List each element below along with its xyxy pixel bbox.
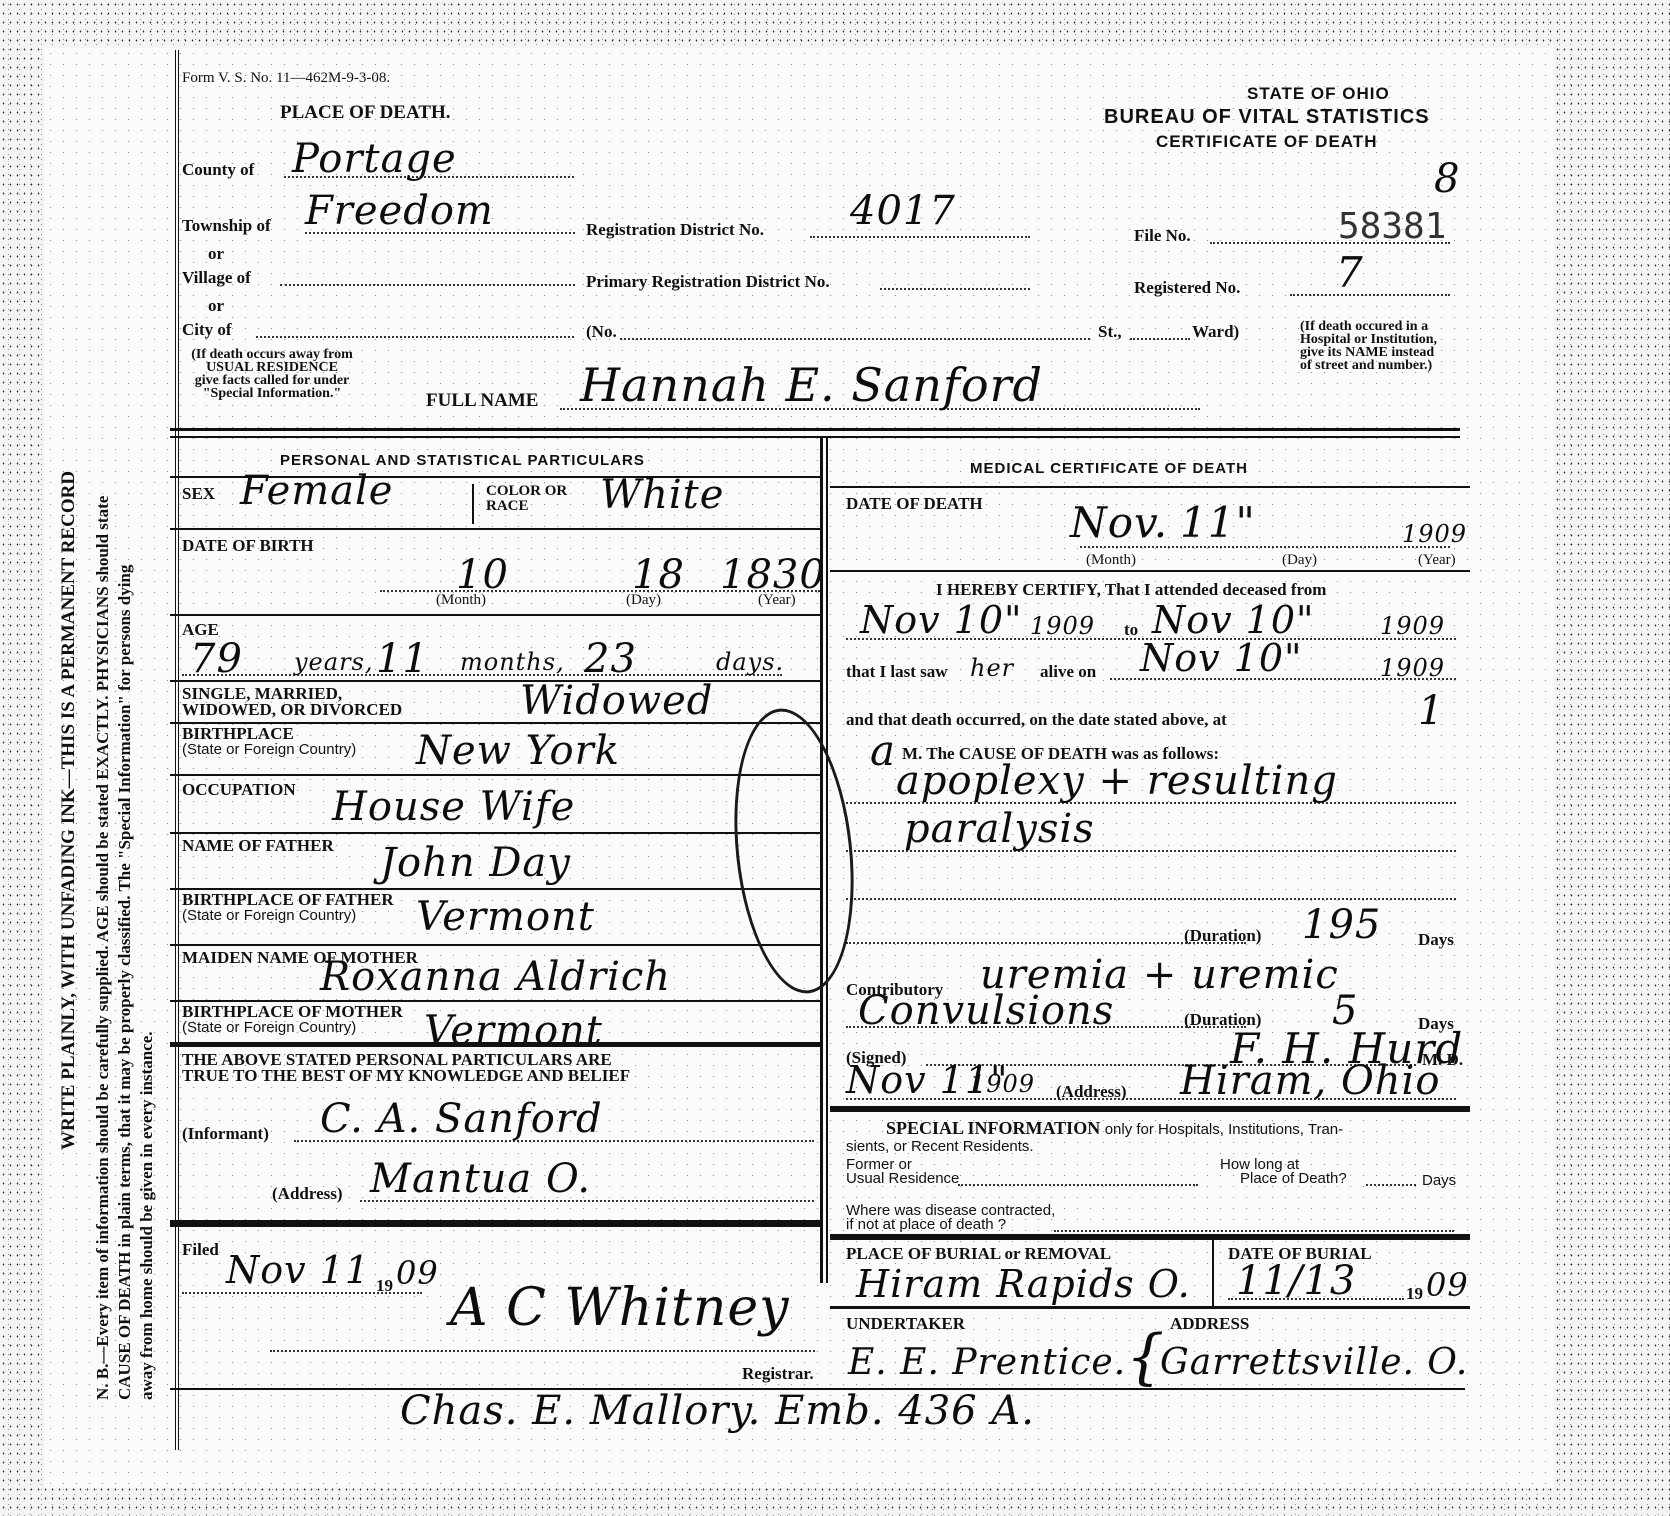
village-label: Village of: [182, 268, 251, 288]
filed-date[interactable]: Nov 11: [226, 1248, 370, 1292]
mother-birthplace-label: BIRTHPLACE OF MOTHER (State or Foreign C…: [182, 1004, 403, 1036]
cause-line2[interactable]: paralysis: [904, 806, 1095, 852]
registration-district-label: Registration District No.: [586, 220, 764, 240]
divider: [170, 774, 820, 776]
cause-duration-label: (Duration): [1184, 926, 1261, 946]
filed-label: Filed: [182, 1240, 219, 1260]
age-months[interactable]: 11: [376, 636, 429, 682]
divider: [472, 484, 474, 524]
medical-heading: MEDICAL CERTIFICATE OF DEATH: [970, 460, 1248, 477]
county-label: County of: [182, 160, 254, 180]
cause-line1[interactable]: apoplexy + resulting: [896, 758, 1338, 804]
physician-address-label: (Address): [1056, 1082, 1127, 1102]
contributory-line2[interactable]: Convulsions: [858, 988, 1114, 1034]
dod-month-caption: (Month): [1086, 552, 1136, 569]
how-long-days-label: Days: [1422, 1172, 1456, 1189]
burial-year[interactable]: 09: [1426, 1266, 1469, 1304]
signed-year[interactable]: 1909: [970, 1070, 1035, 1098]
city-field-line[interactable]: [256, 336, 574, 338]
former-residence-label: Former or Usual Residence: [846, 1158, 959, 1186]
death-certificate-form: Form V. S. No. 11—462M-9-3-08. PLACE OF …: [180, 58, 1550, 1448]
occupation-value[interactable]: House Wife: [332, 784, 575, 830]
disease-contracted-line[interactable]: [1054, 1230, 1454, 1232]
death-time-text: and that death occurred, on the date sta…: [846, 710, 1227, 730]
special-info-subheading: sients, or Recent Residents.: [846, 1138, 1034, 1155]
primary-registration-line[interactable]: [880, 288, 1030, 290]
street-line[interactable]: [620, 338, 1090, 340]
dod-year[interactable]: 1909: [1402, 520, 1467, 548]
margin-note-line-2: CAUSE OF DEATH in plain terms, that it m…: [115, 565, 135, 1400]
hospital-note: (If death occured in a Hospital or Insti…: [1300, 320, 1437, 372]
file-no-annotation: 8: [1434, 156, 1460, 202]
hand-drawn-oval-mark: [721, 703, 866, 1000]
burial-place-value[interactable]: Hiram Rapids O.: [856, 1262, 1191, 1306]
death-time-value[interactable]: 1: [1418, 688, 1444, 734]
registrar-signature[interactable]: A C Whitney: [450, 1278, 790, 1338]
or-label-1: or: [208, 244, 224, 264]
margin-instructions: WRITE PLAINLY, WITH UNFADING INK—THIS IS…: [0, 60, 170, 1460]
attended-from[interactable]: Nov 10": [860, 598, 1023, 642]
divider: [170, 832, 820, 834]
year-caption: (Year): [758, 592, 796, 609]
father-name-value[interactable]: John Day: [380, 840, 571, 886]
marital-label: SINGLE, MARRIED, WIDOWED, OR DIVORCED: [182, 686, 402, 718]
last-saw-year[interactable]: 1909: [1380, 654, 1445, 682]
divider: [1212, 1240, 1214, 1306]
birthplace-value[interactable]: New York: [416, 728, 620, 774]
city-label: City of: [182, 320, 232, 340]
informant-address-value[interactable]: Mantua O.: [370, 1156, 591, 1202]
divider: [170, 614, 820, 616]
registered-no-value[interactable]: 7: [1336, 248, 1364, 297]
disease-contracted-label: Where was disease contracted, if not at …: [846, 1204, 1055, 1232]
full-name-value[interactable]: Hannah E. Sanford: [580, 358, 1043, 412]
informant-label: (Informant): [182, 1124, 269, 1144]
divider: [830, 1234, 1470, 1240]
special-info-heading: SPECIAL INFORMATION only for Hospitals, …: [886, 1118, 1343, 1139]
burial-year-prefix: 19: [1406, 1284, 1423, 1304]
father-birthplace-label: BIRTHPLACE OF FATHER (State or Foreign C…: [182, 892, 394, 924]
months-word: months,: [460, 648, 565, 676]
away-from-residence-note: (If death occurs away from USUAL RESIDEN…: [182, 348, 362, 400]
certify-text: I HEREBY CERTIFY, That I attended deceas…: [936, 580, 1326, 600]
days-word: days.: [716, 648, 784, 676]
father-birthplace-value[interactable]: Vermont: [416, 894, 595, 940]
age-years[interactable]: 79: [190, 636, 243, 682]
certificate-title: CERTIFICATE OF DEATH: [1156, 132, 1377, 152]
personal-heading: PERSONAL AND STATISTICAL PARTICULARS: [280, 452, 645, 469]
dod-month[interactable]: Nov.: [1070, 498, 1168, 547]
form-number: Form V. S. No. 11—462M-9-3-08.: [182, 70, 390, 87]
divider: [830, 1106, 1470, 1112]
divider: [830, 570, 1470, 572]
attended-from-year[interactable]: 1909: [1030, 612, 1095, 640]
primary-registration-label: Primary Registration District No.: [586, 272, 830, 292]
dob-label: DATE OF BIRTH: [182, 536, 314, 556]
divider: [170, 944, 820, 946]
dod-day-caption: (Day): [1282, 552, 1317, 569]
occupation-label: OCCUPATION: [182, 780, 296, 800]
file-no-value[interactable]: 58381: [1338, 206, 1446, 247]
sex-label: SEX: [182, 484, 215, 504]
registrar-label: Registrar.: [742, 1364, 814, 1384]
divider: [170, 1042, 820, 1047]
divider: [170, 428, 1460, 431]
mother-name-value[interactable]: Roxanna Aldrich: [320, 954, 671, 1000]
file-no-label: File No.: [1134, 226, 1191, 246]
township-value[interactable]: Freedom: [305, 188, 494, 234]
former-residence-line[interactable]: [958, 1184, 1198, 1186]
last-saw-label: that I last saw: [846, 662, 948, 682]
age-days[interactable]: 23: [584, 636, 637, 682]
undertaker-label: UNDERTAKER: [846, 1314, 965, 1334]
sex-value[interactable]: Female: [240, 468, 393, 514]
marital-value[interactable]: Widowed: [520, 678, 713, 724]
margin-note-line-3: away from home should be given in every …: [137, 1032, 157, 1401]
physician-address-value[interactable]: Hiram, Ohio: [1180, 1058, 1440, 1104]
ward-line[interactable]: [1130, 338, 1190, 340]
registrar-line: [270, 1350, 815, 1352]
margin-permanent-record: WRITE PLAINLY, WITH UNFADING INK—THIS IS…: [58, 471, 80, 1150]
informant-address-label: (Address): [272, 1184, 343, 1204]
registered-no-line: [1290, 294, 1450, 296]
divider: [170, 680, 820, 682]
dod-year-caption: (Year): [1418, 552, 1456, 569]
full-name-label: FULL NAME: [426, 390, 538, 412]
dod-label: DATE OF DEATH: [846, 494, 983, 514]
last-saw-date[interactable]: Nov 10": [1140, 636, 1303, 680]
how-long-label: How long at Place of Death?: [1220, 1158, 1347, 1186]
state-title: STATE OF OHIO: [1247, 84, 1390, 104]
attended-to-year[interactable]: 1909: [1380, 612, 1445, 640]
place-of-death-heading: PLACE OF DEATH.: [280, 102, 450, 124]
embalmer-note: Chas. E. Mallory. Emb. 436 A.: [400, 1388, 1035, 1434]
or-label-2: or: [208, 296, 224, 316]
father-name-label: NAME OF FATHER: [182, 836, 334, 856]
dod-day[interactable]: 11": [1180, 498, 1256, 547]
ward-label: Ward): [1192, 322, 1239, 342]
village-field-line[interactable]: [280, 284, 575, 286]
cause-days-label: Days: [1418, 930, 1454, 950]
mother-birthplace-value[interactable]: Vermont: [424, 1008, 603, 1054]
registration-district-line: [810, 236, 1030, 238]
divider: [170, 1220, 820, 1227]
how-long-line[interactable]: [1366, 1184, 1416, 1186]
registration-district-value[interactable]: 4017: [850, 188, 956, 234]
bureau-title: BUREAU OF VITAL STATISTICS: [1104, 106, 1430, 129]
attestation-text: THE ABOVE STATED PERSONAL PARTICULARS AR…: [182, 1052, 630, 1084]
undertaker-value[interactable]: E. E. Prentice.: [848, 1342, 1126, 1383]
race-label: COLOR OR RACE: [486, 484, 567, 514]
filed-year-prefix: 19: [376, 1276, 393, 1296]
burial-place-label: PLACE OF BURIAL or REMOVAL: [846, 1244, 1111, 1264]
divider: [170, 528, 820, 530]
month-caption: (Month): [436, 592, 486, 609]
informant-value[interactable]: C. A. Sanford: [320, 1096, 603, 1142]
county-value[interactable]: Portage: [292, 136, 457, 182]
to-label: to: [1124, 620, 1138, 640]
registered-no-label: Registered No.: [1134, 278, 1240, 298]
race-value[interactable]: White: [600, 472, 724, 518]
meridiem-value[interactable]: a: [870, 726, 896, 775]
township-label: Township of: [182, 216, 271, 236]
alive-on-label: alive on: [1040, 662, 1096, 682]
last-saw-pronoun[interactable]: her: [970, 654, 1014, 682]
cause-duration-value[interactable]: 195: [1302, 902, 1381, 948]
street-label: St.,: [1098, 322, 1122, 342]
divider: [830, 1306, 1470, 1309]
years-word: years,: [294, 648, 374, 676]
divider: [170, 436, 1460, 438]
undertaker-address-label: ADDRESS: [1170, 1314, 1249, 1334]
birthplace-label: BIRTHPLACE (State or Foreign Country): [182, 726, 356, 758]
burial-date-value[interactable]: 11/13: [1236, 1258, 1356, 1304]
margin-note-line-1: N. B.—Every item of information should b…: [93, 496, 113, 1400]
day-caption: (Day): [626, 592, 661, 609]
divider: [830, 486, 1470, 488]
street-no-label: (No.: [586, 322, 617, 342]
filed-year[interactable]: 09: [396, 1254, 439, 1292]
undertaker-address-value[interactable]: Garrettsville. O.: [1160, 1342, 1468, 1383]
cause-line-3: [846, 898, 1456, 900]
